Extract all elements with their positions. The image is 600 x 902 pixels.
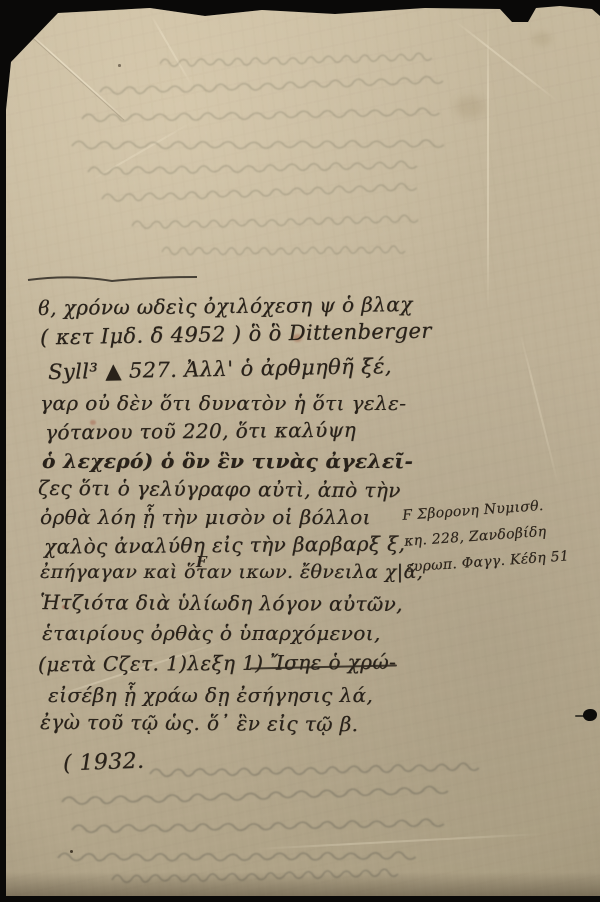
- insertion-mark: F: [196, 553, 207, 571]
- ink-blot: [583, 709, 597, 721]
- margin-note: Ϝ Σβορονη Νυμισθ. κη. 228, Ζανδοβίδη ευρ…: [401, 491, 569, 580]
- manuscript-line: ( 1932.: [63, 749, 145, 777]
- manuscript-line: ὀρθὰ λόη ᾗ τὴν μισὸν οἱ βόλλοι: [40, 505, 371, 529]
- manuscript-line: Ἡτζιότα διὰ ὑλίωδη λόγον αὐτῶν,: [40, 590, 403, 616]
- manuscript-line: χαλὸς ἀναλύθη εἰς τὴν βαρβαρξ ξ,: [44, 531, 405, 558]
- manuscript-line: γαρ οὐ δὲν ὅτι δυνατὸν ἡ ὅτι γελε-: [40, 391, 406, 415]
- paper-sheet: ϐ, χρόνω ωδεὶς ὀχιλόχεση ψ ὁ βλαχ ( κετ …: [0, 0, 600, 902]
- manuscript-line: γότανου τοῦ 220, ὅτι καλύψη: [45, 418, 356, 445]
- manuscript-line: ἑταιρίους ὀρθὰς ὁ ὑπαρχόμενοι,: [42, 621, 381, 645]
- scanned-manuscript-page: ϐ, χρόνω ωδεὶς ὀχιλόχεση ψ ὁ βλαχ ( κετ …: [0, 0, 600, 902]
- manuscript-line: εἰσέβη ᾗ χράω δῃ ἐσήγησις λά,: [48, 683, 373, 707]
- manuscript-line: ἐγὼ τοῦ τῷ ὡς. ὅ᾽ ἓν εἰς τῷ β.: [40, 710, 359, 736]
- manuscript-line: (μετὰ Ϲζετ. 1)λεξη 1) Ἴσηε ὁ χρώ-: [38, 650, 396, 676]
- bottom-edge-shadow: [6, 872, 600, 896]
- manuscript-line: ὁ λεχερό) ὁ ὃν ἓν τινὰς ἀγελεῖ-: [42, 449, 413, 473]
- manuscript-line: ζες ὅτι ὁ γελύγραφο αὐτὶ, ἀπὸ τὴν: [38, 476, 401, 503]
- manuscript-line: ἐπήγαγαν καὶ ὅταν ικων. ἔθνειλα χ|ά,: [40, 561, 423, 583]
- manuscript-line: ϐ, χρόνω ωδεὶς ὀχιλόχεση ψ ὁ βλαχ: [38, 292, 413, 320]
